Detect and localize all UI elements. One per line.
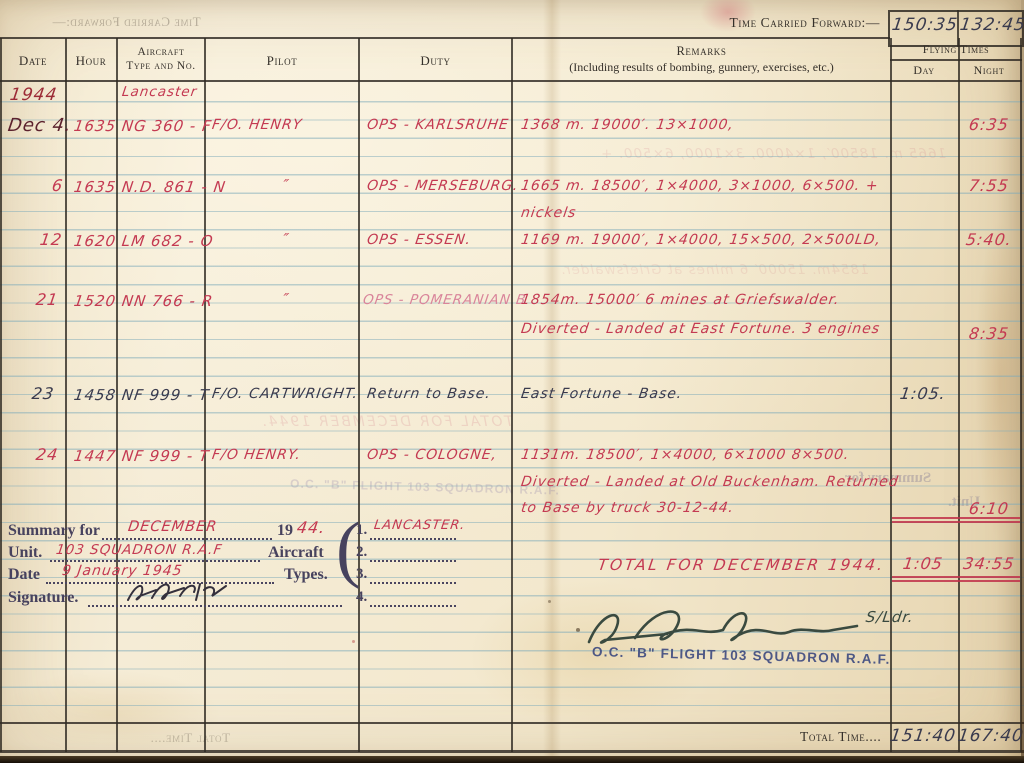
month-total-night: 34:55 [957,554,1022,573]
row-remarks: 1854m. 15000′ 6 mines at Griefswalder. [520,292,841,308]
row-night-time: 7:55 [957,176,1022,195]
row-hour: 1458 [73,386,118,404]
row-night-time: 6:35 [957,115,1022,134]
row-hour: 1447 [73,447,118,465]
column-header-date: Date [2,53,64,69]
carried-forward-night-value: 132:45 [959,15,1020,35]
row-remarks: Diverted - Landed at Old Buckenham. Retu… [520,474,900,490]
row-remarks: to Base by truck 30-12-44. [520,500,735,516]
row-aircraft: Lancaster [121,84,198,100]
row-duty: OPS - COLOGNE, [366,447,498,463]
row-night-time: 6:10 [957,499,1022,518]
dotted-leader [370,559,456,562]
summary-item-1: 1. [356,522,367,539]
column-divider [958,38,960,752]
row-duty: OPS - MERSEBURG. [366,178,520,194]
summary-date-label: Date [8,566,40,584]
summary-item-3: 3. [356,566,367,583]
table-border-right [1020,38,1022,752]
column-header-duty: Duty [360,53,511,69]
table-border-left [0,38,2,752]
total-time-label: Total Time.... [800,729,881,745]
summary-date-value: 9 January 1945 [61,563,184,579]
row-date: 21 [35,290,60,309]
row-duty: OPS - POMERANIAN B [362,292,528,308]
summary-year-value: 44. [296,518,327,537]
table-border-top [0,37,890,39]
column-header-aircraft-line1: Aircraft [118,46,204,58]
row-date: 1944 [9,85,59,105]
summary-unit-value: 103 SQUADRON R.A.F [55,542,224,558]
row-date: 23 [31,384,56,403]
summary-item-4: 4. [356,589,367,606]
dotted-leader [50,559,260,562]
column-header-pilot: Pilot [206,53,358,69]
column-divider [358,38,360,752]
dotted-leader [370,604,456,607]
row-night-time: 5:40. [957,230,1022,249]
row-duty: OPS - ESSEN. [366,232,472,248]
summary-types-label: Types. [284,566,328,584]
ghost-bleed-through-text: Total Time.... [150,730,230,746]
page-edge-bottom [0,756,1024,763]
summary-aircraft-type-1: LANCASTER. [373,518,467,533]
summary-month-value: DECEMBER [127,519,219,535]
red-total-rule [892,521,1020,523]
dotted-leader [370,537,456,540]
column-divider [65,38,67,752]
row-night-time: 8:35 [957,324,1022,343]
row-date: Dec 4. [7,115,74,136]
row-aircraft: NN 766 - R [121,292,215,310]
row-remarks: 1169 m. 19000′, 1×4000, 15×500, 2×500LD, [520,232,882,248]
column-header-remarks-line1: Remarks [513,44,890,59]
row-aircraft: N.D. 861 - N [121,178,227,196]
row-pilot: F/O. CARTWRIGHT. [211,386,359,402]
red-total-rule [892,576,1020,578]
column-header-day: Day [890,63,958,78]
signature-rank: S/Ldr. [865,608,916,626]
red-total-rule [892,517,1020,519]
row-pilot: F/O HENRY. [211,447,302,463]
dotted-leader [88,604,342,607]
month-total-day: 1:05 [889,554,958,573]
column-divider [116,38,118,752]
carried-forward-day-value: 150:35 [891,15,956,35]
column-header-night: Night [958,63,1020,78]
row-date: 12 [39,230,64,249]
row-pilot: F/O. HENRY [211,117,303,133]
row-aircraft: NF 999 - T [121,447,211,465]
row-duty: OPS - KARLSRUHE [366,117,510,133]
summary-for-label: Summary for [8,522,100,540]
summary-item-2: 2. [356,544,367,561]
row-hour: 1520 [73,292,118,310]
red-total-rule [892,580,1020,582]
row-day-time: 1:05. [889,384,958,403]
row-remarks: East Fortune - Base. [520,386,684,402]
month-total-label: TOTAL FOR DECEMBER 1944. [597,556,886,574]
summary-aircraft-label: Aircraft [268,544,324,562]
row-remarks: 1368 m. 19000′. 13×1000, [520,117,735,133]
row-date: 24 [35,445,60,464]
column-header-flying-times: Flying Times [890,44,1022,56]
column-header-hour: Hour [66,53,116,69]
row-aircraft: NG 360 - F [121,117,213,135]
row-aircraft: NF 999 - T [121,386,211,404]
column-header-aircraft-line2: Type and No. [118,60,204,72]
row-remarks: nickels [520,205,578,221]
carried-forward-label: Time Carried Forward:— [628,15,880,31]
summary-unit-label: Unit. [8,544,42,562]
dotted-leader [370,581,456,584]
column-header-remarks-line2: (Including results of bombing, gunnery, … [513,60,890,75]
dotted-leader [102,537,272,540]
logbook-page: Time Carried Forward:— 1665 m. 18500′, 1… [0,0,1024,763]
ghost-bleed-through-text: Time Carried Forward:— [52,14,201,30]
row-duty: Return to Base. [366,386,492,402]
summary-signature-scrawl [122,578,232,606]
row-hour: 1635 [73,117,118,135]
grand-total-day: 151:40 [889,726,958,746]
summary-signature-label: Signature. [8,589,78,607]
grand-total-night: 167:40 [957,726,1022,746]
row-remarks: Diverted - Landed at East Fortune. 3 eng… [520,321,881,337]
row-aircraft: LM 682 - O [121,232,215,250]
column-divider [511,38,513,752]
row-hour: 1620 [73,232,118,250]
flying-times-divider [890,59,1022,61]
row-remarks: 1665 m. 18500′, 1×4000, 3×1000, 6×500. + [520,178,880,194]
row-hour: 1635 [73,178,118,196]
summary-year-printed: 19 [277,522,293,540]
row-remarks: 1131m. 18500′, 1×4000, 6×1000 8×500. [520,447,851,463]
